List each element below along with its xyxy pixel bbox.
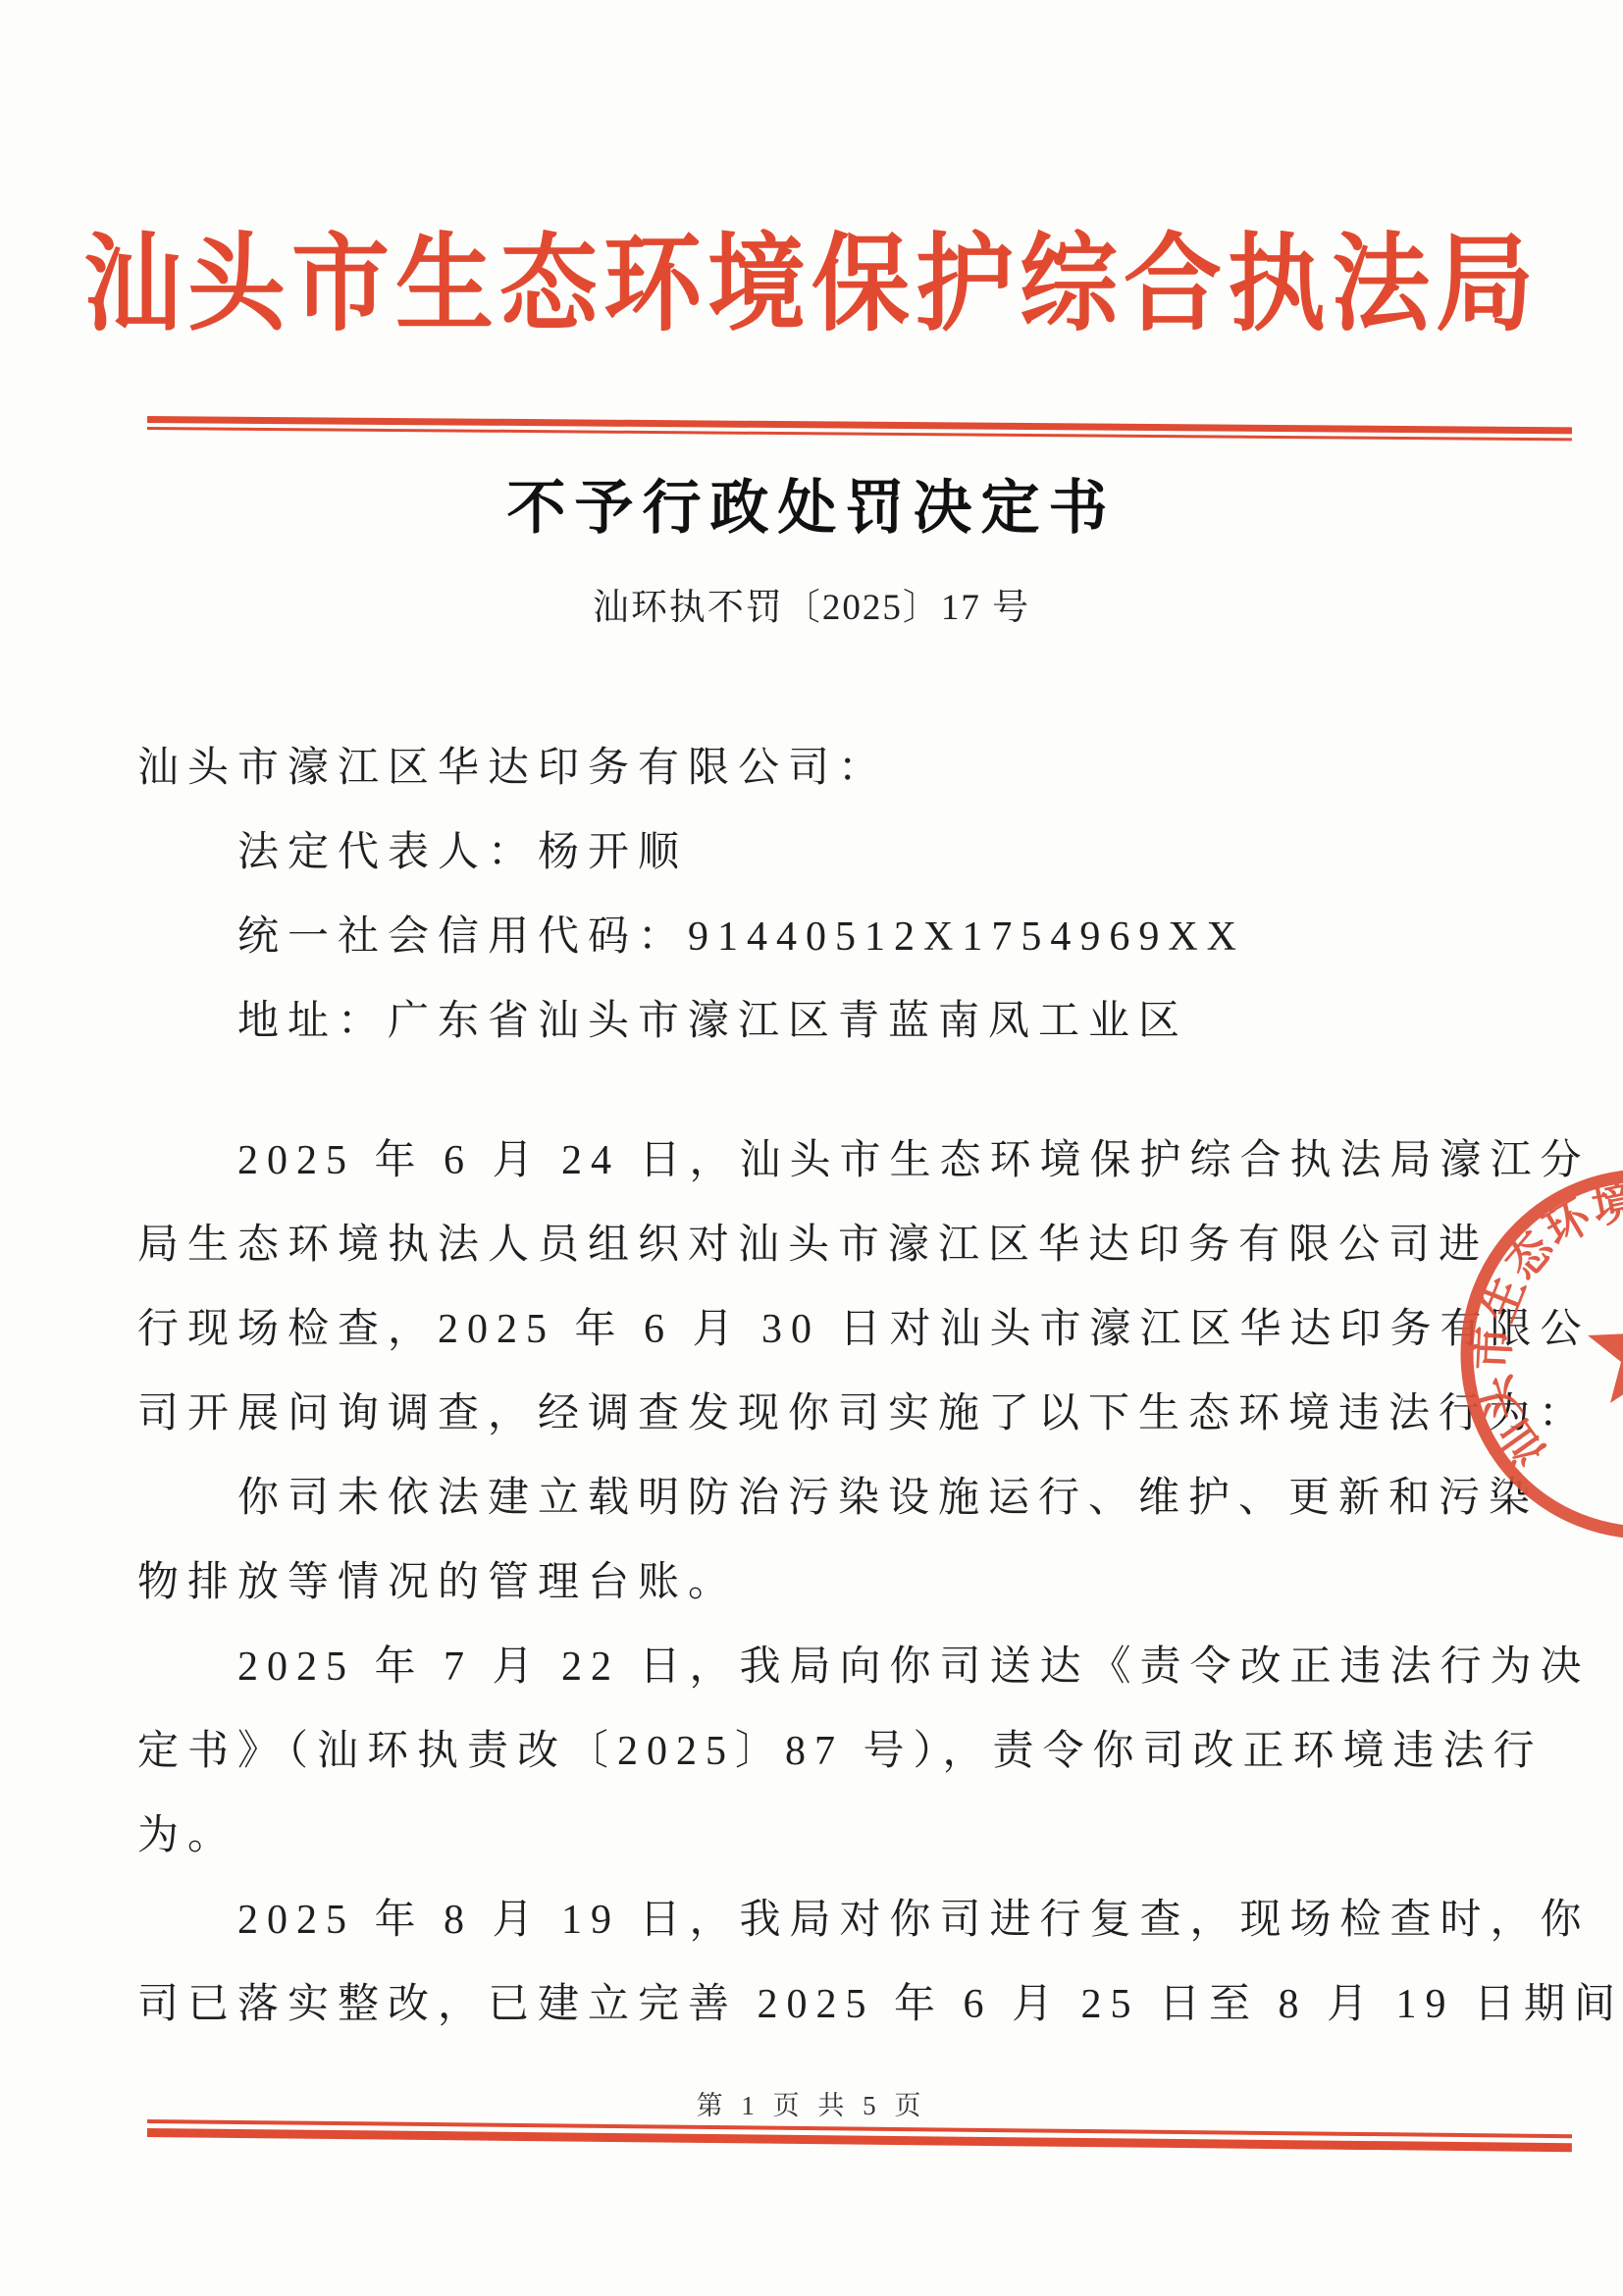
body-paragraph4-line: 司已落实整改，已建立完善 2025 年 6 月 25 日至 8 月 19 日期间 bbox=[137, 1962, 1501, 2047]
recipient-legal-rep-line: 法定代表人：杨开顺 bbox=[137, 810, 1501, 895]
recipient-credit-code-line: 统一社会信用代码：91440512X1754969XX bbox=[137, 895, 1501, 979]
document-title: 不予行政处罚决定书 bbox=[0, 461, 1623, 546]
body-paragraph2-line: 物排放等情况的管理台账。 bbox=[137, 1540, 1501, 1625]
document-body: 汕头市濠江区华达印务有限公司： 法定代表人：杨开顺 统一社会信用代码：91440… bbox=[137, 726, 1501, 2047]
recipient-address-line: 地址：广东省汕头市濠江区青蓝南凤工业区 bbox=[137, 979, 1501, 1064]
header-divider-rule bbox=[147, 416, 1572, 441]
footer-divider-rule bbox=[147, 2119, 1572, 2152]
agency-header-title: 汕头市生态环境保护综合执法局 bbox=[0, 198, 1623, 351]
page-number-info: 第 1 页 共 5 页 bbox=[0, 2084, 1623, 2122]
body-paragraph3-line: 为。 bbox=[137, 1794, 1501, 1878]
body-paragraph1-line: 行现场检查，2025 年 6 月 30 日对汕头市濠江区华达印务有限公 bbox=[137, 1287, 1501, 1372]
body-paragraph3-line: 2025 年 7 月 22 日，我局向你司送达《责令改正违法行为决 bbox=[137, 1625, 1501, 1709]
recipient-company-line: 汕头市濠江区华达印务有限公司： bbox=[137, 726, 1501, 810]
body-paragraph3-line: 定书》（汕环执责改〔2025〕87 号），责令你司改正环境违法行 bbox=[137, 1709, 1501, 1794]
official-seal: 汕头市生态环境保护综合执法局 bbox=[1435, 1158, 1623, 1570]
document-number: 汕环执不罚〔2025〕17 号 bbox=[0, 577, 1623, 630]
seal-star-icon bbox=[1588, 1293, 1623, 1403]
body-paragraph1-line: 2025 年 6 月 24 日，汕头市生态环境保护综合执法局濠江分 bbox=[137, 1119, 1501, 1203]
body-paragraph2-line: 你司未依法建立载明防治污染设施运行、维护、更新和污染 bbox=[137, 1456, 1501, 1540]
body-paragraph4-line: 2025 年 8 月 19 日，我局对你司进行复查，现场检查时，你 bbox=[137, 1878, 1501, 1962]
body-paragraph1-line: 司开展问询调查，经调查发现你司实施了以下生态环境违法行为： bbox=[137, 1372, 1501, 1456]
document-page: 汕头市生态环境保护综合执法局 不予行政处罚决定书 汕环执不罚〔2025〕17 号… bbox=[0, 0, 1623, 2296]
body-paragraph1-line: 局生态环境执法人员组织对汕头市濠江区华达印务有限公司进 bbox=[137, 1203, 1501, 1287]
paragraph-spacer bbox=[137, 1064, 1501, 1119]
